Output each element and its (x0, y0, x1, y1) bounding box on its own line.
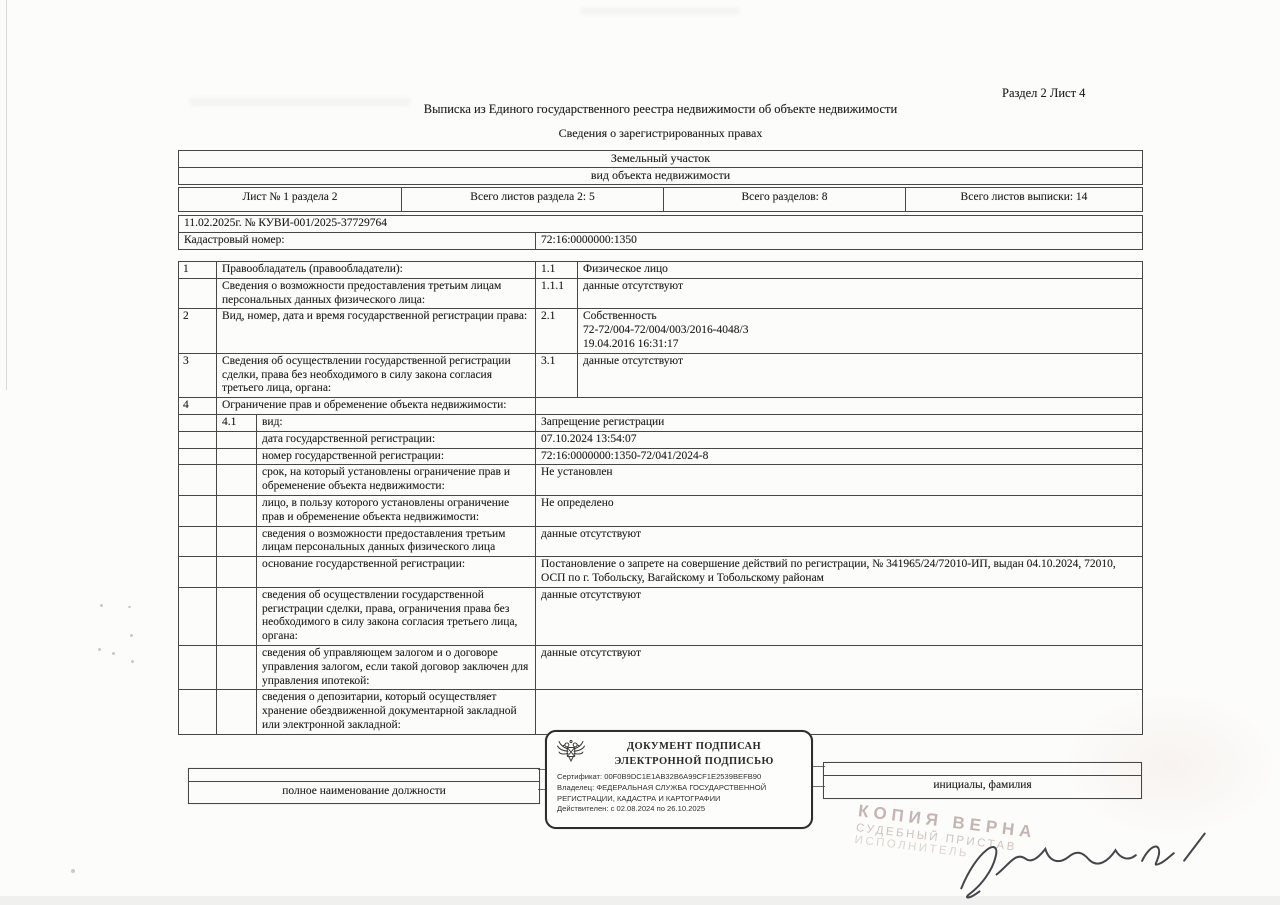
table-row: лицо, в пользу которого установлены огра… (179, 495, 1143, 526)
lbl-cell: основание государственной регистрации: (257, 557, 536, 588)
val-cell: Собственность 72-72/004-72/004/003/2016-… (578, 309, 1143, 353)
code-cell (217, 526, 257, 557)
num-cell (179, 526, 217, 557)
val-cell: данные отсутствуют (578, 278, 1143, 309)
initials-caption: инициалы, фамилия (824, 776, 1141, 791)
table-row: срок, на который установлены ограничение… (179, 465, 1143, 496)
num-cell (179, 587, 217, 645)
num-cell: 4 (179, 398, 217, 415)
code-cell (217, 431, 257, 448)
code-cell: 1.1 (536, 262, 578, 279)
val-cell: 72:16:0000000:1350-72/041/2024-8 (536, 448, 1143, 465)
lbl-cell: Ограничение прав и обременение объекта н… (217, 398, 536, 415)
coat-of-arms-icon (556, 739, 586, 765)
code-cell (217, 557, 257, 588)
code-cell (217, 465, 257, 496)
num-cell (179, 465, 217, 496)
val-cell: данные отсутствуют (536, 526, 1143, 557)
num-cell (179, 495, 217, 526)
code-cell: 1.1.1 (536, 278, 578, 309)
request-info-table: 11.02.2025г. № КУВИ-001/2025-37729764 Ка… (178, 215, 1143, 250)
val-cell: Не определено (536, 495, 1143, 526)
code-cell: 2.1 (536, 309, 578, 353)
num-cell (179, 431, 217, 448)
lbl-cell: сведения о возможности предоставления тр… (257, 526, 536, 557)
signature-blank-row (824, 763, 1141, 776)
lbl-cell: сведения об управляющем залогом и о дого… (257, 645, 536, 689)
scan-speck (112, 652, 115, 655)
scan-speck (128, 606, 131, 608)
registered-rights-table: 1Правообладатель (правообладатели):1.1Фи… (178, 261, 1143, 735)
val-cell (536, 398, 1143, 415)
code-cell (217, 448, 257, 465)
val-cell: Постановление о запрете на совершение де… (536, 557, 1143, 588)
val-cell (536, 690, 1143, 734)
lbl-cell: Сведения об осуществлении государственно… (217, 353, 536, 397)
signature-position-box: полное наименование должности (188, 768, 540, 804)
object-type-value: Земельный участок (179, 151, 1143, 168)
sheet-info-table: Лист № 1 раздела 2 Всего листов раздела … (178, 187, 1143, 212)
table-row: 4.1вид:Запрещение регистрации (179, 414, 1143, 431)
num-cell: 2 (179, 309, 217, 353)
val-cell: Не установлен (536, 465, 1143, 496)
table-row: 2Вид, номер, дата и время государственно… (179, 309, 1143, 353)
val-cell: данные отсутствуют (578, 353, 1143, 397)
position-caption: полное наименование должности (189, 782, 539, 797)
num-cell (179, 645, 217, 689)
num-cell (179, 414, 217, 431)
document-subtitle: Сведения о зарегистрированных правах (178, 126, 1143, 141)
cadastral-number-value: 72:16:0000000:1350 (536, 233, 1143, 250)
signature-initials-box: инициалы, фамилия (823, 762, 1142, 799)
sheet-info-cell: Всего разделов: 8 (664, 188, 906, 212)
val-cell: данные отсутствуют (536, 645, 1143, 689)
scan-speck (98, 648, 101, 651)
lbl-cell: Вид, номер, дата и время государственной… (217, 309, 536, 353)
scan-edge-artifact (6, 0, 7, 390)
esign-certificate: Сертификат: 00F0B9DC1E1AB32B6A99CF1E2539… (557, 772, 811, 783)
esign-stamp: ДОКУМЕНТ ПОДПИСАН ЭЛЕКТРОННОЙ ПОДПИСЬЮ С… (545, 730, 813, 829)
signature-blank-row (189, 769, 539, 782)
document-title: Выписка из Единого государственного реес… (178, 102, 1143, 117)
num-cell: 1 (179, 262, 217, 279)
lbl-cell: лицо, в пользу которого установлены огра… (257, 495, 536, 526)
table-row: 3Сведения об осуществлении государственн… (179, 353, 1143, 397)
val-cell: Запрещение регистрации (536, 414, 1143, 431)
request-date-number: 11.02.2025г. № КУВИ-001/2025-37729764 (179, 216, 1143, 233)
lbl-cell: Сведения о возможности предоставления тр… (217, 278, 536, 309)
esign-title-line2: ЭЛЕКТРОННОЙ ПОДПИСЬЮ (585, 754, 803, 769)
lbl-cell: сведения о депозитарии, который осуществ… (257, 690, 536, 734)
val-cell: данные отсутствуют (536, 587, 1143, 645)
table-row: сведения об управляющем залогом и о дого… (179, 645, 1143, 689)
num-cell (179, 557, 217, 588)
code-cell (217, 645, 257, 689)
table-row: сведения о депозитарии, который осуществ… (179, 690, 1143, 734)
scan-speck (100, 604, 103, 607)
code-cell (217, 495, 257, 526)
esign-title-line1: ДОКУМЕНТ ПОДПИСАН (585, 739, 803, 754)
object-type-table: Земельный участок вид объекта недвижимос… (178, 150, 1143, 185)
scan-smudge (580, 8, 740, 14)
num-cell (179, 690, 217, 734)
object-type-caption: вид объекта недвижимости (179, 168, 1143, 185)
lbl-cell: номер государственной регистрации: (257, 448, 536, 465)
code-cell: 4.1 (217, 414, 257, 431)
val-cell: 07.10.2024 13:54:07 (536, 431, 1143, 448)
lbl-cell: сведения об осуществлении государственно… (257, 587, 536, 645)
table-row: сведения о возможности предоставления тр… (179, 526, 1143, 557)
handwritten-signature (950, 811, 1214, 905)
num-cell (179, 278, 217, 309)
lbl-cell: Правообладатель (правообладатели): (217, 262, 536, 279)
table-row: 1Правообладатель (правообладатели):1.1Фи… (179, 262, 1143, 279)
sheet-info-cell: Всего листов выписки: 14 (906, 188, 1143, 212)
lbl-cell: дата государственной регистрации: (257, 431, 536, 448)
code-cell: 3.1 (536, 353, 578, 397)
lbl-cell: срок, на который установлены ограничение… (257, 465, 536, 496)
table-row: Сведения о возможности предоставления тр… (179, 278, 1143, 309)
num-cell (179, 448, 217, 465)
code-cell (217, 587, 257, 645)
table-row: номер государственной регистрации:72:16:… (179, 448, 1143, 465)
section-sheet-label: Раздел 2 Лист 4 (1002, 86, 1085, 101)
scan-speck (71, 869, 75, 873)
table-row: 4Ограничение прав и обременение объекта … (179, 398, 1143, 415)
scanned-egrn-extract-page: Раздел 2 Лист 4 Выписка из Единого госуд… (0, 0, 1280, 905)
scan-speck (131, 660, 134, 663)
cadastral-number-label: Кадастровый номер: (179, 233, 536, 250)
esign-validity: Действителен: с 02.08.2024 по 26.10.2025 (557, 804, 811, 815)
num-cell: 3 (179, 353, 217, 397)
val-cell: Физическое лицо (578, 262, 1143, 279)
scan-speck (130, 634, 133, 637)
table-row: дата государственной регистрации:07.10.2… (179, 431, 1143, 448)
esign-owner-line2: РЕГИСТРАЦИИ, КАДАСТРА И КАРТОГРАФИИ (557, 794, 811, 805)
esign-owner-line1: Владелец: ФЕДЕРАЛЬНАЯ СЛУЖБА ГОСУДАРСТВЕ… (557, 783, 811, 794)
table-row: основание государственной регистрации:По… (179, 557, 1143, 588)
sheet-info-cell: Всего листов раздела 2: 5 (402, 188, 664, 212)
table-row: сведения об осуществлении государственно… (179, 587, 1143, 645)
lbl-cell: вид: (257, 414, 536, 431)
code-cell (217, 690, 257, 734)
sheet-info-cell: Лист № 1 раздела 2 (179, 188, 402, 212)
